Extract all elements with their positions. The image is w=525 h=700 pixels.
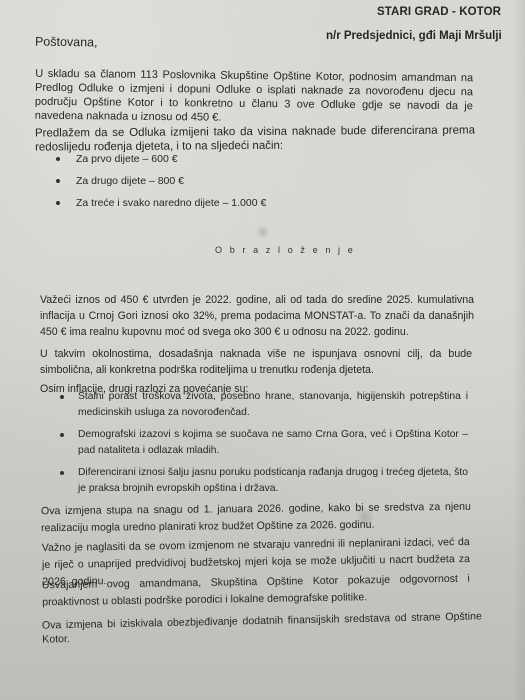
reason-item: Diferencirani iznosi šalju jasnu poruku … [58,465,468,497]
amounts-list: Za prvo dijete – 600 € Za drugo dijete –… [56,152,266,218]
amount-item: Za drugo dijete – 800 € [56,174,266,196]
reason-item: Demografski izazovi s kojima se suočava … [58,427,468,459]
section-title: O b r a z l o ž e n j e [215,245,355,255]
proposal-paragraph: Predlažem da se Odluka izmijeni tako da … [35,123,475,154]
reason-item: Stalni porast troškova života, posebno h… [58,389,468,421]
funding-paragraph: Ova izmjena bi iziskivala obezbjeđivanje… [42,609,482,646]
intro-paragraph: U skladu sa članom 113 Poslovnika Skupšt… [35,67,474,128]
amount-item: Za treće i svako naredno dijete – 1.000 … [56,196,266,218]
reasons-list: Stalni porast troškova života, posebno h… [58,389,468,503]
inflation-paragraph: Važeći iznos od 450 € utvrđen je 2022. g… [40,292,474,340]
document-page: STARI GRAD - KOTOR n/r Predsjednici, gđi… [0,0,525,700]
paper-smudge [256,225,270,239]
salutation: Poštovana, [35,35,98,50]
adoption-paragraph: Usvajanjem ovog amandmana, Skupština Opš… [42,570,470,611]
effective-date-paragraph: Ova izmjena stupa na snagu od 1. januara… [41,498,471,537]
amount-item: Za prvo dijete – 600 € [56,152,266,174]
circumstances-paragraph: U takvim okolnostima, dosadašnja naknada… [40,346,472,378]
recipient-person: n/r Predsjednici, gđi Maji Mršulji [326,30,502,42]
recipient-organization: STARI GRAD - KOTOR [377,6,501,18]
